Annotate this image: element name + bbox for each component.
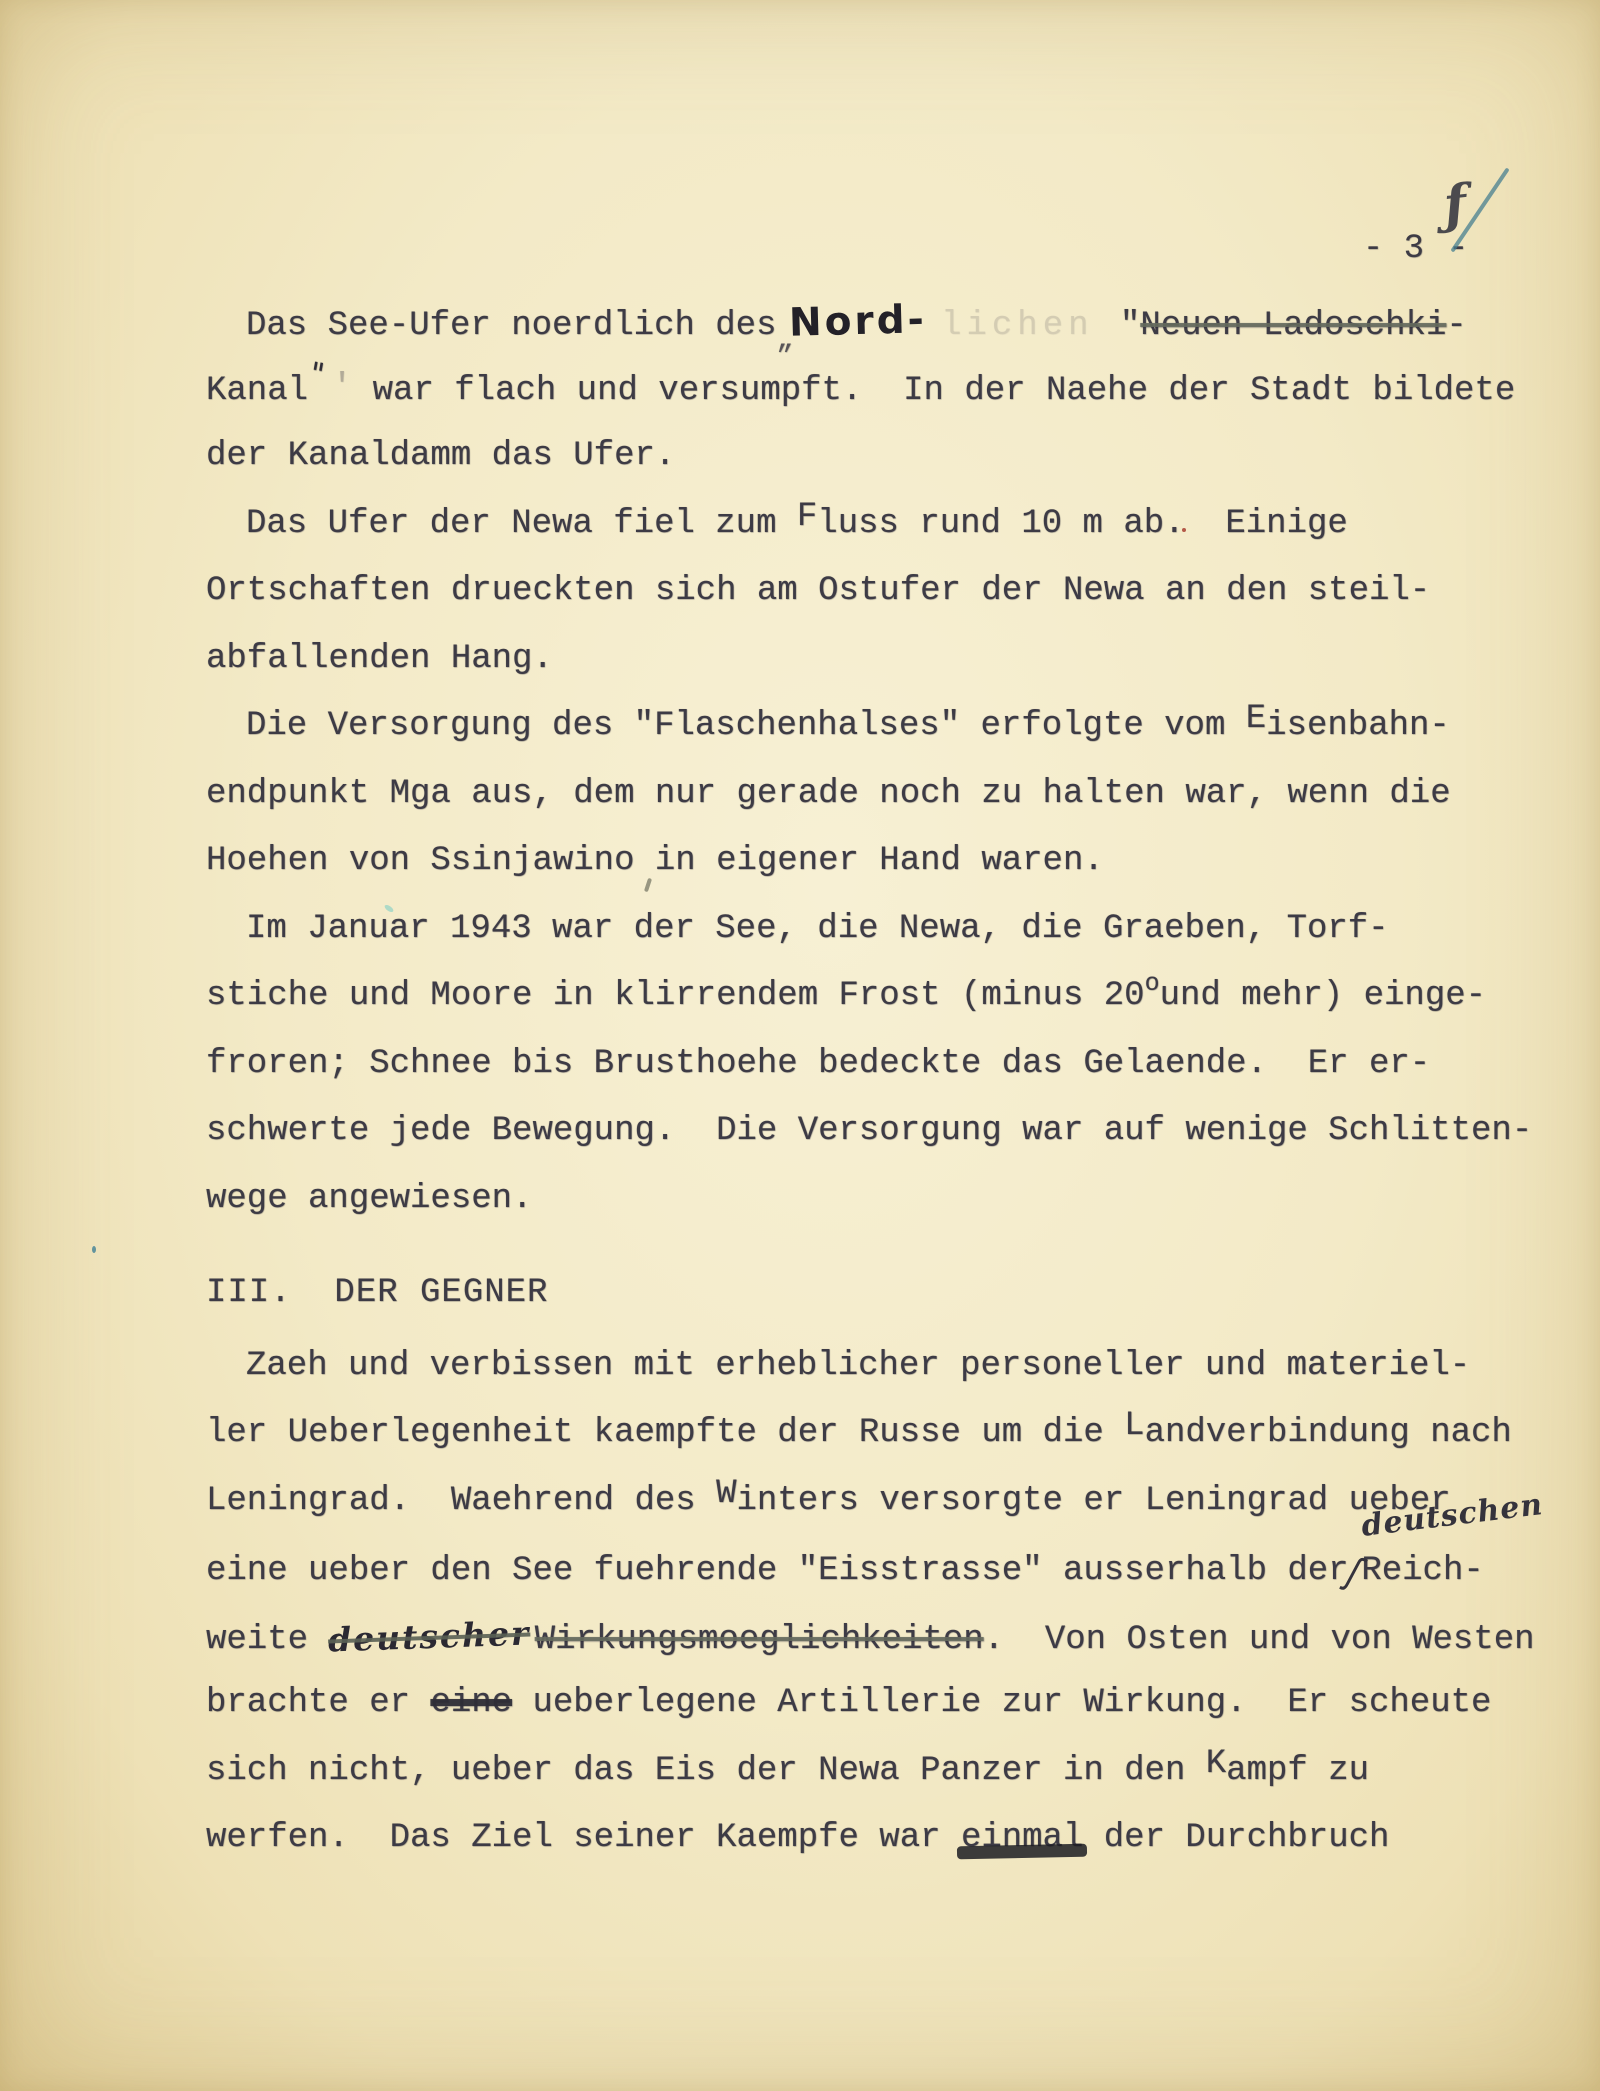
hw-inline-annotation: Nord- (788, 286, 928, 357)
typed-text: - (1446, 307, 1466, 345)
typed-text: Zaeh und verbissen mit erheblicher perso… (246, 1347, 1470, 1385)
ink-speck (92, 1246, 96, 1253)
text-line: schwerte jede Bewegung. Die Versorgung w… (206, 1098, 1566, 1166)
typed-text: ampf zu (1226, 1752, 1369, 1790)
typed-text: isenbahn- (1266, 707, 1450, 745)
ghost-annotation: lichen (941, 307, 1093, 345)
typed-text: brachte er (206, 1684, 430, 1722)
text-line: werfen. Das Ziel seiner Kaempfe war einm… (206, 1805, 1566, 1873)
typed-text: III. DER GEGNER (206, 1274, 548, 1312)
text-line: ler Ueberlegenheit kaempfte der Russe um… (206, 1400, 1566, 1468)
typed-text: der Durchbruch (1083, 1819, 1389, 1857)
text-line: weite deutscherWirkungsmoeglichkeiten. V… (206, 1603, 1566, 1671)
struck-annotation: Wirkungsmoeglichkeiten (535, 1621, 984, 1659)
typed-text: und mehr) einge- (1160, 977, 1486, 1015)
typed-text: endpunkt Mga aus, dem nur gerade noch zu… (206, 775, 1451, 813)
typed-text: sich nicht, ueber das Eis der Newa Panze… (206, 1752, 1206, 1790)
paragraph: Zaeh und verbissen mit erheblicher perso… (206, 1333, 1566, 1873)
text-line: froren; Schnee bis Brusthoehe bedeckte d… (206, 1031, 1566, 1099)
raised-annotation: E (1246, 700, 1266, 738)
paragraph: Das See-Ufer noerdlich des„Nord-lichen "… (206, 288, 1566, 491)
typed-text: Das See-Ufer noerdlich des (246, 307, 777, 345)
typed-text: . Von Osten und von Westen (984, 1621, 1535, 1659)
blotted-annotation: einmal (961, 1819, 1083, 1857)
typed-text: Kanal (206, 372, 308, 410)
text-line: eine ueber den See fuehrende "Eisstrasse… (206, 1535, 1566, 1603)
text-line: Das Ufer der Newa fiel zum Fluss rund 10… (206, 491, 1566, 559)
typed-text: inters versorgte er Leningrad ueber (737, 1482, 1451, 1520)
sup-annotation: o (1145, 969, 1160, 998)
typed-text: werfen. Das Ziel seiner Kaempfe war (206, 1819, 961, 1857)
raised-annotation: W (716, 1475, 736, 1513)
typed-text: abfallenden Hang. (206, 640, 553, 678)
typed-text: Reich- (1361, 1552, 1483, 1590)
raised-annotation: F (797, 498, 817, 536)
text-line: brachte er eine ueberlegene Artillerie z… (206, 1670, 1566, 1738)
text-line: Das See-Ufer noerdlich des„Nord-lichen "… (206, 288, 1566, 356)
typed-text: Hoehen von Ssinjawino in eigener Hand wa… (206, 842, 1104, 880)
faint-quote-annotation: ' (332, 369, 352, 407)
typed-text: ueberlegene Artillerie zur Wirkung. Er s… (512, 1684, 1491, 1722)
typed-text: der Kanaldamm das Ufer. (206, 437, 675, 475)
text-line: III. DER GEGNER (206, 1260, 1566, 1328)
text-line: sich nicht, ueber das Eis der Newa Panze… (206, 1738, 1566, 1806)
struck-heavy-annotation: eine (430, 1684, 512, 1722)
struck-annotation: Neuen Ladoschki (1140, 307, 1446, 345)
typed-text: war flach und versumpft. In der Naehe de… (352, 372, 1515, 410)
typed-text: " (1100, 307, 1141, 345)
page-number: - 3-ƒ (1322, 192, 1468, 268)
typed-text: luss rund 10 m ab. Einige (817, 505, 1348, 543)
document-body: Das See-Ufer noerdlich des„Nord-lichen "… (206, 288, 1566, 1873)
hw-struck-annotation: deutscher (327, 1599, 532, 1674)
raised-annotation: K (1206, 1745, 1226, 1783)
typed-text: stiche und Moore in klirrendem Frost (mi… (206, 977, 1145, 1015)
text-line: Im Januar 1943 war der See, die Newa, di… (206, 896, 1566, 964)
text-line: Kanal"' war flach und versumpft. In der … (206, 356, 1566, 424)
typed-text: Ortschaften drueckten sich am Ostufer de… (206, 572, 1430, 610)
text-line: abfallenden Hang. (206, 626, 1566, 694)
paragraph: Im Januar 1943 war der See, die Newa, di… (206, 896, 1566, 1234)
typed-text: ler Ueberlegenheit kaempfte der Russe um… (206, 1414, 1124, 1452)
text-line: wege angewiesen. (206, 1166, 1566, 1234)
typed-text: froren; Schnee bis Brusthoehe bedeckte d… (206, 1045, 1430, 1083)
scanned-typewritten-page: { "page": { "number_prefix": "- 3", "num… (0, 0, 1600, 2091)
text-line: endpunkt Mga aus, dem nur gerade noch zu… (206, 761, 1566, 829)
section-heading: III. DER GEGNER (206, 1260, 1566, 1328)
typed-text: weite (206, 1621, 328, 1659)
paragraph: Das Ufer der Newa fiel zum Fluss rund 10… (206, 491, 1566, 694)
text-line: Zaeh und verbissen mit erheblicher perso… (206, 1333, 1566, 1401)
typed-text: andverbindung nach (1145, 1414, 1512, 1452)
typed-text: schwerte jede Bewegung. Die Versorgung w… (206, 1112, 1532, 1150)
text-line: der Kanaldamm das Ufer. (206, 423, 1566, 491)
typed-text: Im Januar 1943 war der See, die Newa, di… (246, 910, 1389, 948)
raised-annotation: L (1124, 1407, 1144, 1445)
typed-text: Die Versorgung des "Flaschenhalses" erfo… (246, 707, 1246, 745)
typed-text: Leningrad. Waehrend des (206, 1482, 716, 1520)
page-number-text: - 3 (1363, 230, 1424, 268)
paragraph: Die Versorgung des "Flaschenhalses" erfo… (206, 693, 1566, 896)
typed-text: Das Ufer der Newa fiel zum (246, 505, 797, 543)
page-number-dash-area: -ƒ (1448, 230, 1468, 268)
text-line: Die Versorgung des "Flaschenhalses" erfo… (206, 693, 1566, 761)
text-line: Ortschaften drueckten sich am Ostufer de… (206, 558, 1566, 626)
text-line: Hoehen von Ssinjawino in eigener Hand wa… (206, 828, 1566, 896)
typed-text: wege angewiesen. (206, 1180, 532, 1218)
text-line: stiche und Moore in klirrendem Frost (mi… (206, 963, 1566, 1031)
typed-text: eine ueber den See fuehrende "Eisstrasse… (206, 1552, 1349, 1590)
